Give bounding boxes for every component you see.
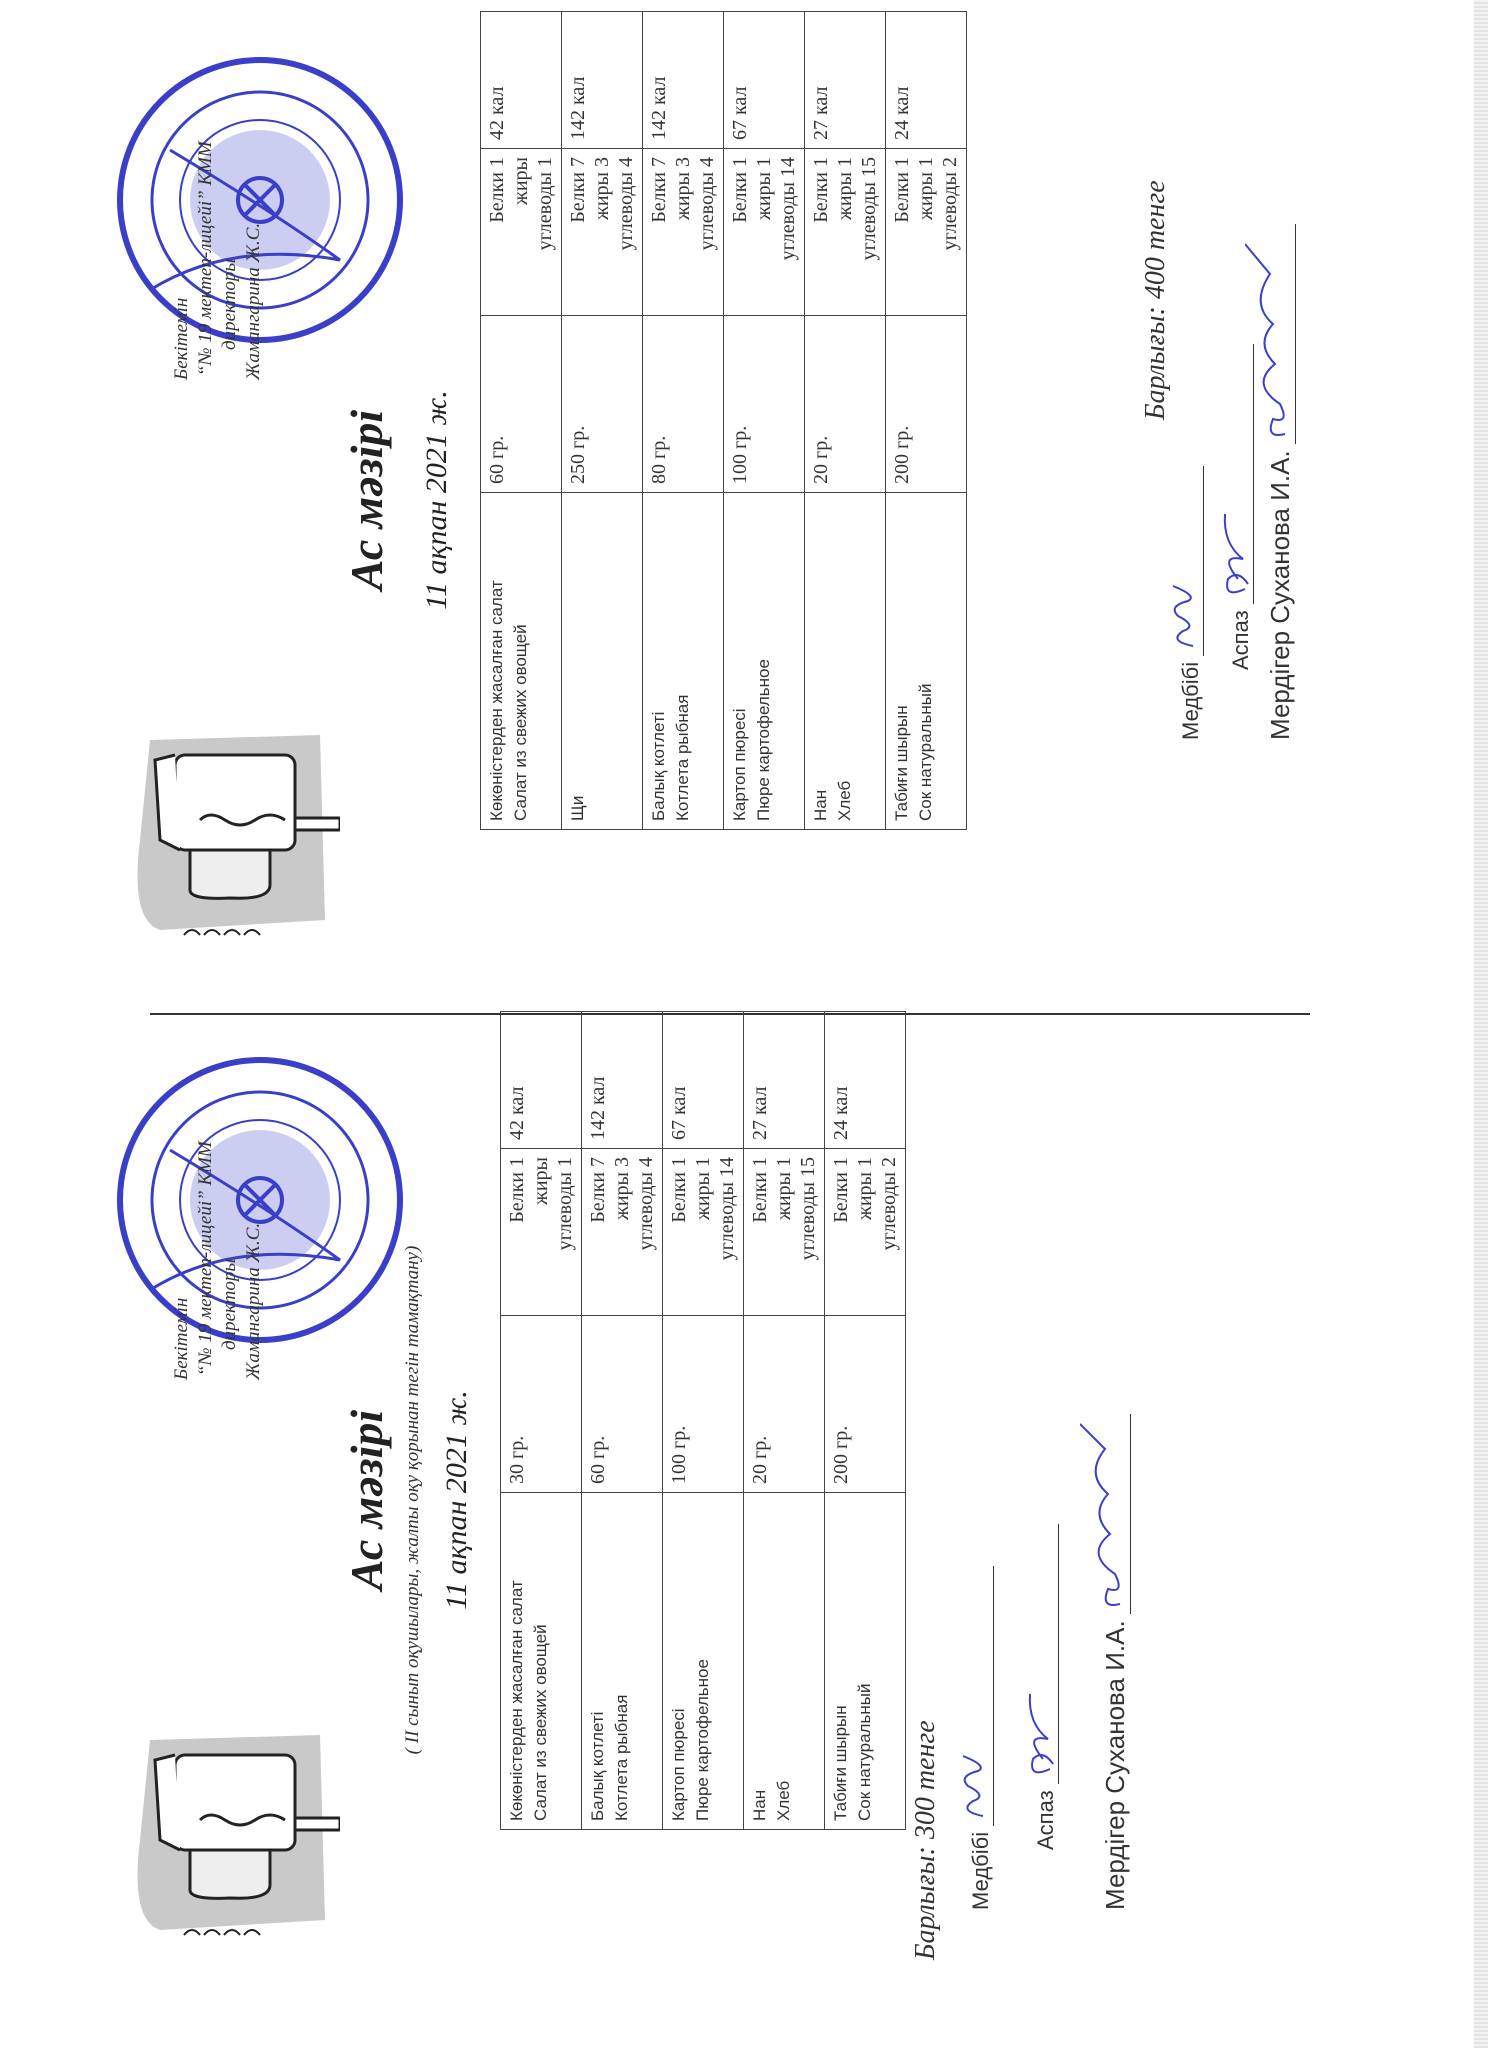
protein-value: Белки 1: [667, 1157, 691, 1307]
dish-name-cell: Табиғи шырын Сок натуральный: [825, 1493, 906, 1830]
responsible-label: Мердігер Суханова И.А.: [1100, 1620, 1131, 1910]
nurse-label: Медбібі: [968, 1832, 994, 1910]
weight-cell: 80 гр.: [643, 316, 724, 493]
responsible-signature-row: Мердігер Суханова И.А.: [1100, 1414, 1131, 1910]
weight-cell: 200 гр.: [825, 1316, 906, 1493]
calories-cell: 24 кал: [825, 1012, 906, 1149]
dish-name-cell: Нан Хлеб: [744, 1493, 825, 1830]
nutrients-cell: Белки 7 жиры 3 углеводы 4: [562, 149, 643, 316]
nutrients-cell: Белки 1 жиры углеводы 1: [481, 149, 562, 316]
fat-value: жиры 3: [610, 1157, 634, 1307]
handwritten-signature-icon: [953, 1746, 993, 1826]
fat-value: жиры 3: [671, 157, 695, 307]
menu-total: Барлығы: 300 тенге: [910, 1720, 942, 1960]
dish-name-ru: Сок натуральный: [853, 1501, 877, 1821]
protein-value: Белки 7: [647, 157, 671, 307]
fat-value: жиры 1: [691, 1157, 715, 1307]
protein-value: Белки 7: [566, 157, 590, 307]
approval-line-3: директоры: [218, 20, 242, 380]
scan-edge: [1474, 0, 1488, 2048]
calories-cell: 142 кал: [643, 12, 724, 149]
protein-value: Белки 7: [586, 1157, 610, 1307]
approval-block: Бекітемін “№ 19 мектеп-лицейі” КММ дирек…: [170, 1020, 266, 1380]
menu-subtitle: ( II сынып оқушылары, жалпы оқу қорынан …: [402, 1000, 424, 2000]
responsible-label: Мердігер Суханова И.А.: [1265, 450, 1296, 740]
table-row: Балық котлеті Котлета рыбная 80 гр. Белк…: [643, 12, 724, 830]
approval-block: Бекітемін “№ 19 мектеп-лицейі” КММ дирек…: [170, 20, 266, 380]
weight-cell: 20 гр.: [744, 1316, 825, 1493]
menu-title: Ас мәзірі: [340, 0, 393, 1000]
nurse-signature-field[interactable]: [1175, 466, 1204, 656]
table-row: Балық котлеті Котлета рыбная 60 гр. Белк…: [582, 1012, 663, 1830]
dish-name-cell: Көкөністерден жасалған салат Салат из св…: [481, 493, 562, 830]
carbs-value: углеводы 15: [857, 157, 881, 307]
carbs-value: углеводы 4: [634, 1157, 658, 1307]
nutrients-cell: Белки 7 жиры 3 углеводы 4: [582, 1149, 663, 1316]
fat-value: жиры 1: [752, 157, 776, 307]
dish-name-kz: Щи: [566, 501, 590, 821]
approval-line-2: “№ 19 мектеп-лицейі” КММ: [194, 20, 218, 380]
dish-name-ru: Хлеб: [833, 501, 857, 821]
nurse-signature-field[interactable]: [965, 1566, 994, 1826]
menu-panel-top: Бекітемін “№ 19 мектеп-лицейі” КММ дирек…: [90, 0, 1290, 1000]
menu-title: Ас мәзірі: [340, 1000, 393, 2000]
calories-cell: 142 кал: [562, 12, 643, 149]
dish-name-kz: Нан: [748, 1501, 772, 1821]
protein-value: Белки 1: [748, 1157, 772, 1307]
handwritten-signature-icon: [1245, 224, 1295, 444]
table-row: Картоп пюресі Пюре картофельное 100 гр. …: [724, 12, 805, 830]
cook-signature-row: Аспаз: [1030, 1524, 1059, 1850]
dish-name-ru: Пюре картофельное: [752, 501, 776, 821]
dish-name-cell: Картоп пюресі Пюре картофельное: [724, 493, 805, 830]
dish-name-kz: Көкөністерден жасалған салат: [485, 501, 509, 821]
weight-cell: 100 гр.: [663, 1316, 744, 1493]
nutrients-cell: Белки 1 жиры 1 углеводы 15: [744, 1149, 825, 1316]
dish-name-ru: Салат из свежих овощей: [529, 1501, 553, 1821]
menu-total: Барлығы: 400 тенге: [1140, 180, 1172, 420]
calories-cell: 24 кал: [886, 12, 967, 149]
handwritten-signature-icon: [1213, 504, 1253, 604]
menu-table: Көкөністерден жасалған салат Салат из св…: [480, 11, 967, 830]
table-row: Нан Хлеб 20 гр. Белки 1 жиры 1 углеводы …: [744, 1012, 825, 1830]
protein-value: Белки 1: [890, 157, 914, 307]
table-row: Картоп пюресі Пюре картофельное 100 гр. …: [663, 1012, 744, 1830]
table-row: Көкөністерден жасалған салат Салат из св…: [501, 1012, 582, 1830]
nutrients-cell: Белки 1 жиры 1 углеводы 2: [886, 149, 967, 316]
dish-name-ru: Сок натуральный: [914, 501, 938, 821]
responsible-signature-field[interactable]: [1267, 224, 1296, 444]
carbs-value: углеводы 4: [614, 157, 638, 307]
nutrients-cell: Белки 7 жиры 3 углеводы 4: [643, 149, 724, 316]
calories-cell: 67 кал: [663, 1012, 744, 1149]
fat-value: жиры 1: [853, 1157, 877, 1307]
cook-label: Аспаз: [1228, 610, 1254, 670]
dish-name-cell: Табиғи шырын Сок натуральный: [886, 493, 967, 830]
table-row: Көкөністерден жасалған салат Салат из св…: [481, 12, 562, 830]
calories-cell: 67 кал: [724, 12, 805, 149]
dish-name-kz: Балық котлеті: [586, 1501, 610, 1821]
dish-name-kz: Нан: [809, 501, 833, 821]
weight-cell: 200 гр.: [886, 316, 967, 493]
nurse-signature-row: Медбібі: [1175, 466, 1204, 740]
dish-name-kz: Балық котлеті: [647, 501, 671, 821]
dish-name-ru: Салат из свежих овощей: [509, 501, 533, 821]
dish-name-cell: Щи: [562, 493, 643, 830]
menu-table: Көкөністерден жасалған салат Салат из св…: [500, 1011, 906, 1830]
fat-value: жиры 3: [590, 157, 614, 307]
handwritten-signature-icon: [1163, 576, 1203, 656]
table-row: Нан Хлеб 20 гр. Белки 1 жиры 1 углеводы …: [805, 12, 886, 830]
dish-name-kz: Табиғи шырын: [890, 501, 914, 821]
dish-name-kz: Көкөністерден жасалған салат: [505, 1501, 529, 1821]
fat-value: жиры 1: [914, 157, 938, 307]
fat-value: жиры 1: [833, 157, 857, 307]
nutrients-cell: Белки 1 жиры 1 углеводы 15: [805, 149, 886, 316]
weight-cell: 20 гр.: [805, 316, 886, 493]
responsible-signature-row: Мердігер Суханова И.А.: [1265, 224, 1296, 740]
carbs-value: углеводы 1: [533, 157, 557, 307]
protein-value: Белки 1: [728, 157, 752, 307]
carbs-value: углеводы 4: [695, 157, 719, 307]
weight-cell: 100 гр.: [724, 316, 805, 493]
calories-cell: 27 кал: [744, 1012, 825, 1149]
dish-name-cell: Нан Хлеб: [805, 493, 886, 830]
carbs-value: углеводы 2: [938, 157, 962, 307]
calories-cell: 42 кал: [501, 1012, 582, 1149]
weight-cell: 250 гр.: [562, 316, 643, 493]
carbs-value: углеводы 14: [715, 1157, 739, 1307]
dish-name-cell: Көкөністерден жасалған салат Салат из св…: [501, 1493, 582, 1830]
approval-line-4: Жамангарина Ж.С.: [242, 1020, 266, 1380]
carbs-value: углеводы 14: [776, 157, 800, 307]
dish-name-cell: Картоп пюресі Пюре картофельное: [663, 1493, 744, 1830]
nutrients-cell: Белки 1 жиры 1 углеводы 14: [663, 1149, 744, 1316]
dish-name-cell: Балық котлеті Котлета рыбная: [582, 1493, 663, 1830]
approval-line-1: Бекітемін: [170, 20, 194, 380]
protein-value: Белки 1: [809, 157, 833, 307]
table-row: Щи 250 гр. Белки 7 жиры 3 углеводы 4 142…: [562, 12, 643, 830]
responsible-signature-field[interactable]: [1102, 1414, 1131, 1614]
fat-value: жиры: [529, 1157, 553, 1307]
calories-cell: 42 кал: [481, 12, 562, 149]
protein-value: Белки 1: [485, 157, 509, 307]
calories-cell: 142 кал: [582, 1012, 663, 1149]
dish-name-cell: Балық котлеті Котлета рыбная: [643, 493, 724, 830]
cook-signature-field[interactable]: [1030, 1524, 1059, 1784]
menu-date: 11 ақпан 2021 ж.: [420, 0, 454, 1000]
toaster-clipart-icon: [120, 720, 340, 960]
handwritten-signature-icon: [1080, 1414, 1130, 1614]
approval-line-3: директоры: [218, 1020, 242, 1380]
menu-date: 11 ақпан 2021 ж.: [440, 1000, 474, 2000]
fat-value: жиры 1: [772, 1157, 796, 1307]
menu-panel-bottom: Бекітемін “№ 19 мектеп-лицейі” КММ дирек…: [90, 1000, 1290, 2000]
dish-name-ru: Котлета рыбная: [671, 501, 695, 821]
dish-name-ru: Хлеб: [772, 1501, 796, 1821]
weight-cell: 30 гр.: [501, 1316, 582, 1493]
cook-label: Аспаз: [1033, 1790, 1059, 1850]
protein-value: Белки 1: [505, 1157, 529, 1307]
handwritten-signature-icon: [1018, 1684, 1058, 1784]
dish-name-ru: Котлета рыбная: [610, 1501, 634, 1821]
carbs-value: углеводы 2: [877, 1157, 901, 1307]
dish-name-kz: Табиғи шырын: [829, 1501, 853, 1821]
nutrients-cell: Белки 1 жиры 1 углеводы 2: [825, 1149, 906, 1316]
approval-line-4: Жамангарина Ж.С.: [242, 20, 266, 380]
fat-value: жиры: [509, 157, 533, 307]
calories-cell: 27 кал: [805, 12, 886, 149]
approval-line-2: “№ 19 мектеп-лицейі” КММ: [194, 1020, 218, 1380]
carbs-value: углеводы 15: [796, 1157, 820, 1307]
weight-cell: 60 гр.: [582, 1316, 663, 1493]
nurse-signature-row: Медбібі: [965, 1566, 994, 1910]
nutrients-cell: Белки 1 жиры 1 углеводы 14: [724, 149, 805, 316]
toaster-clipart-icon: [120, 1720, 340, 1960]
approval-line-1: Бекітемін: [170, 1020, 194, 1380]
dish-name-ru: Пюре картофельное: [691, 1501, 715, 1821]
carbs-value: углеводы 1: [553, 1157, 577, 1307]
table-row: Табиғи шырын Сок натуральный 200 гр. Бел…: [825, 1012, 906, 1830]
weight-cell: 60 гр.: [481, 316, 562, 493]
protein-value: Белки 1: [829, 1157, 853, 1307]
table-row: Табиғи шырын Сок натуральный 200 гр. Бел…: [886, 12, 967, 830]
nurse-label: Медбібі: [1178, 662, 1204, 740]
dish-name-kz: Картоп пюресі: [667, 1501, 691, 1821]
dish-name-kz: Картоп пюресі: [728, 501, 752, 821]
nutrients-cell: Белки 1 жиры углеводы 1: [501, 1149, 582, 1316]
